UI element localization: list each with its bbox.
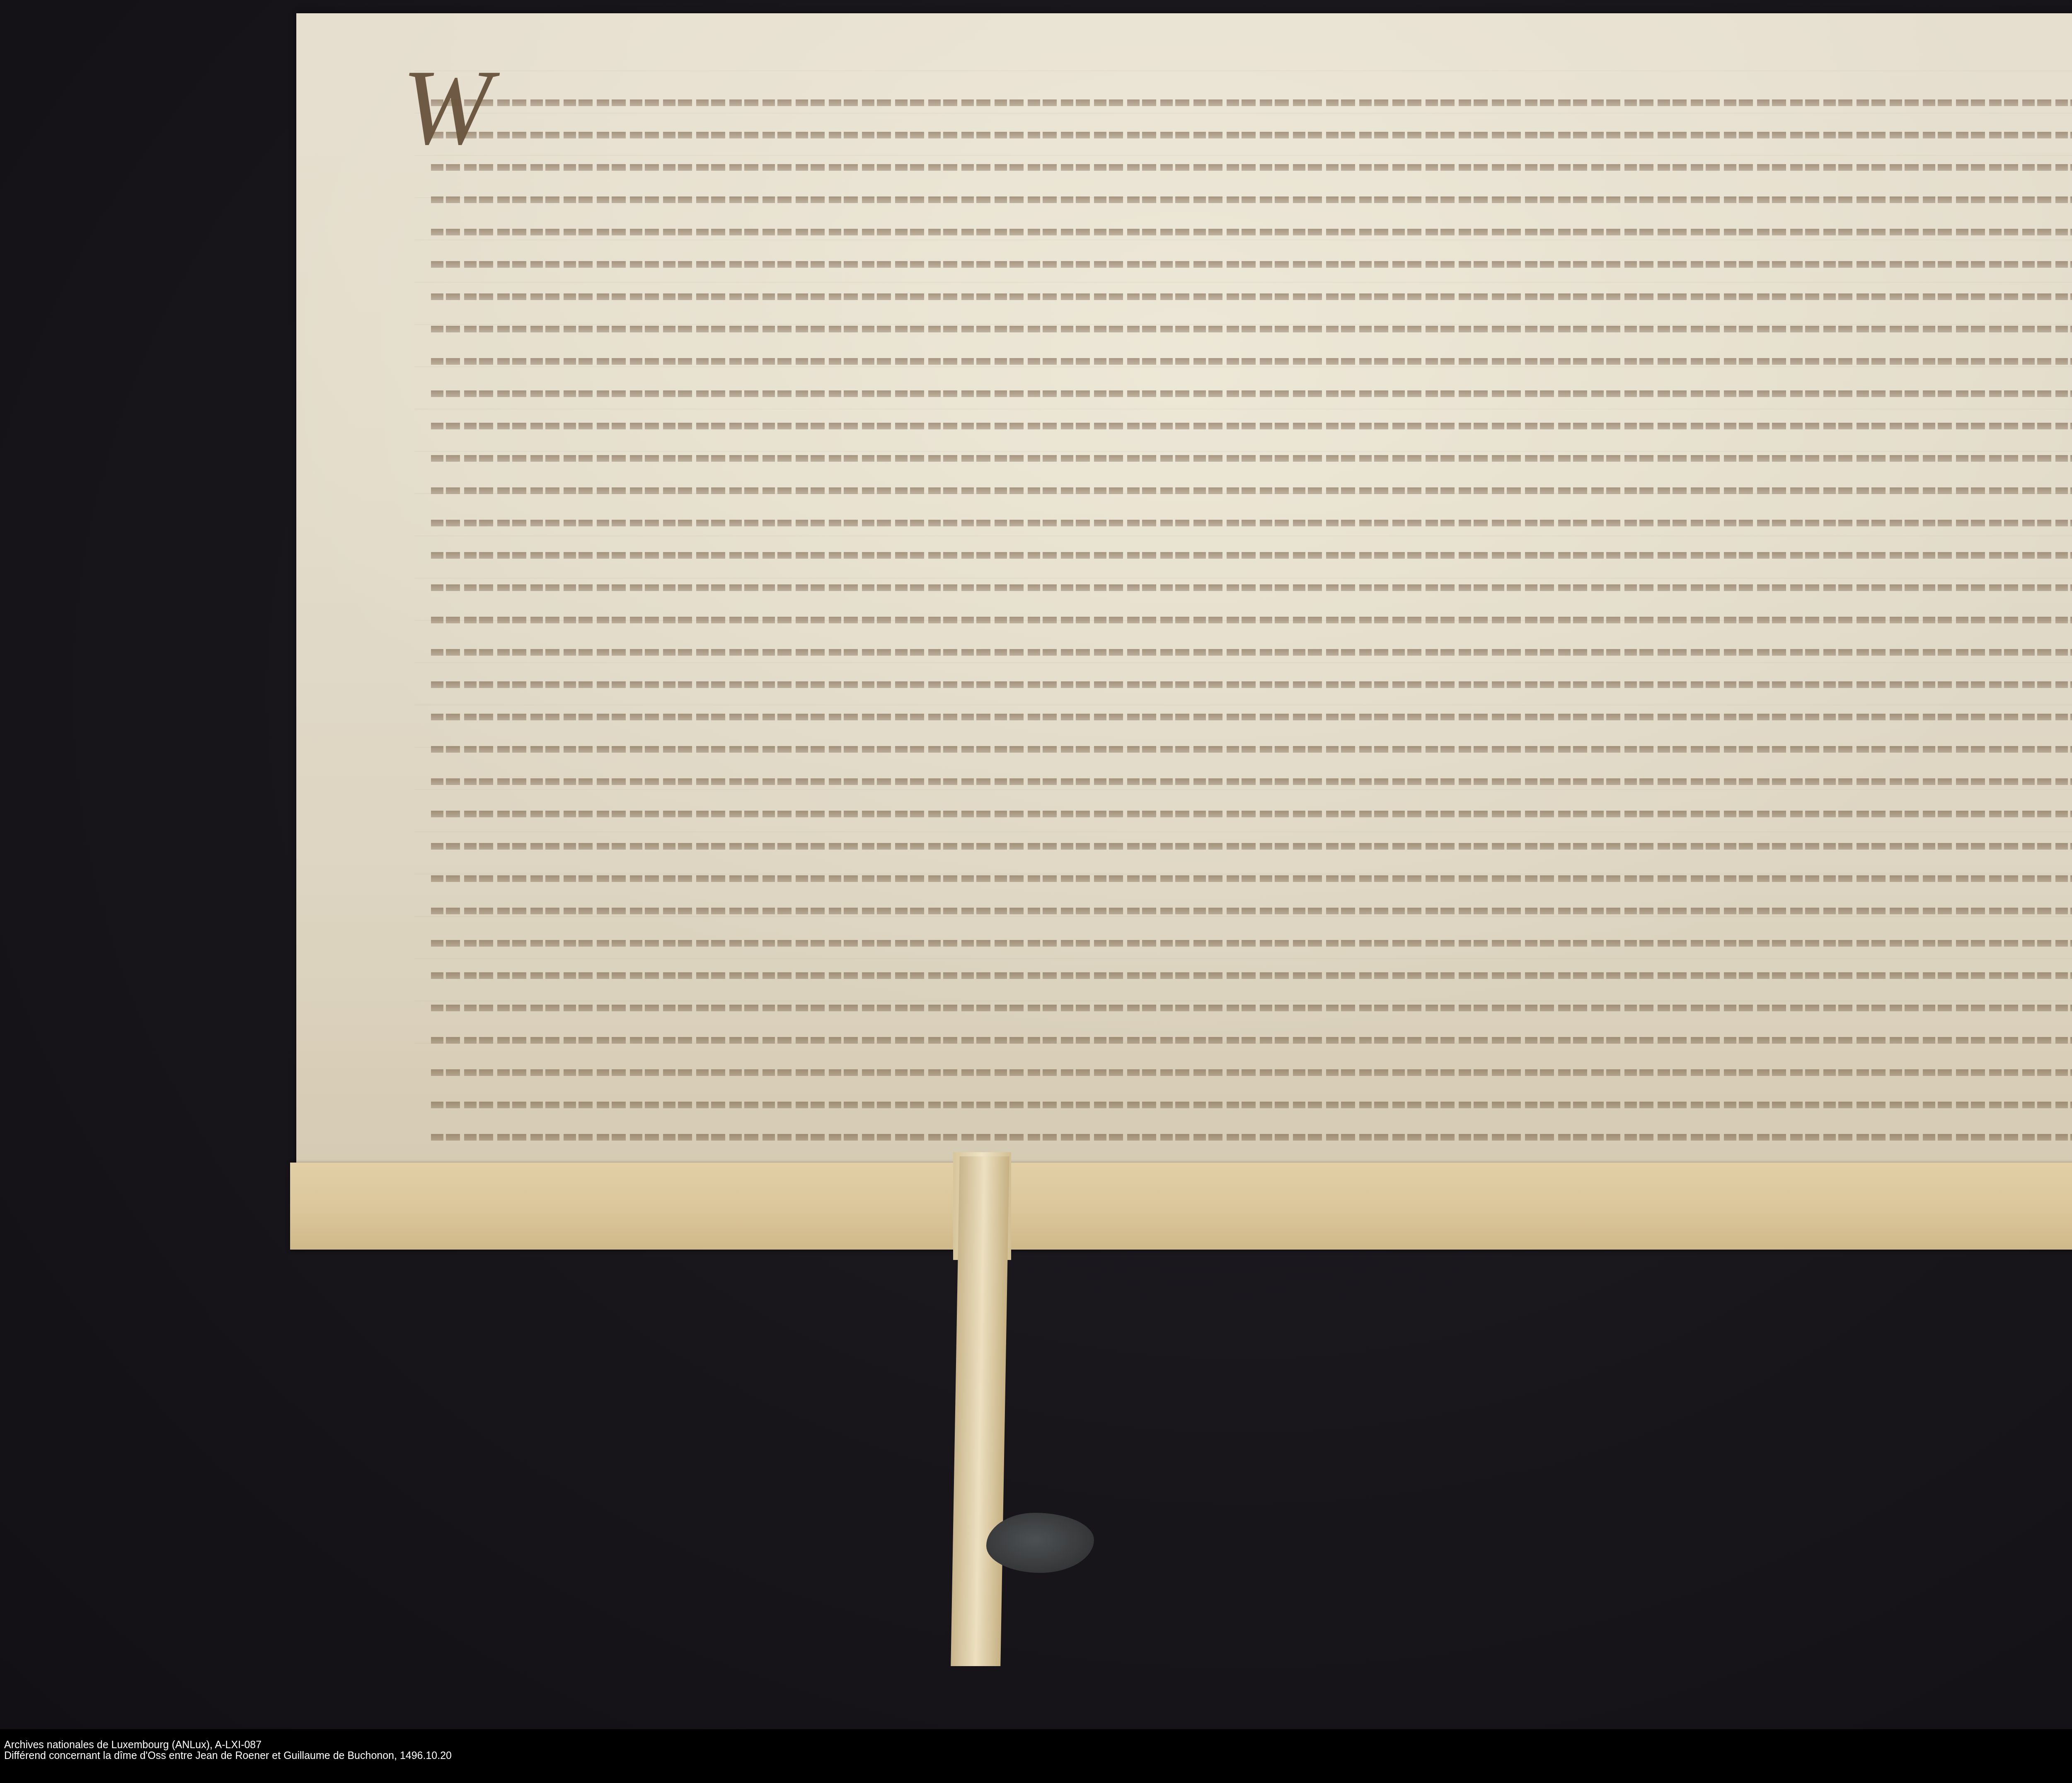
caption-archive-reference: Archives nationales de Luxembourg (ANLux…: [4, 1739, 452, 1750]
caption: Archives nationales de Luxembourg (ANLux…: [4, 1739, 452, 1761]
seal-tag-strip: [951, 1156, 1009, 1666]
handwritten-text-block: [431, 83, 2072, 1144]
caption-document-title: Différend concernant la dîme d'Oss entre…: [4, 1750, 452, 1761]
parchment-fold-plica: [290, 1163, 2072, 1250]
